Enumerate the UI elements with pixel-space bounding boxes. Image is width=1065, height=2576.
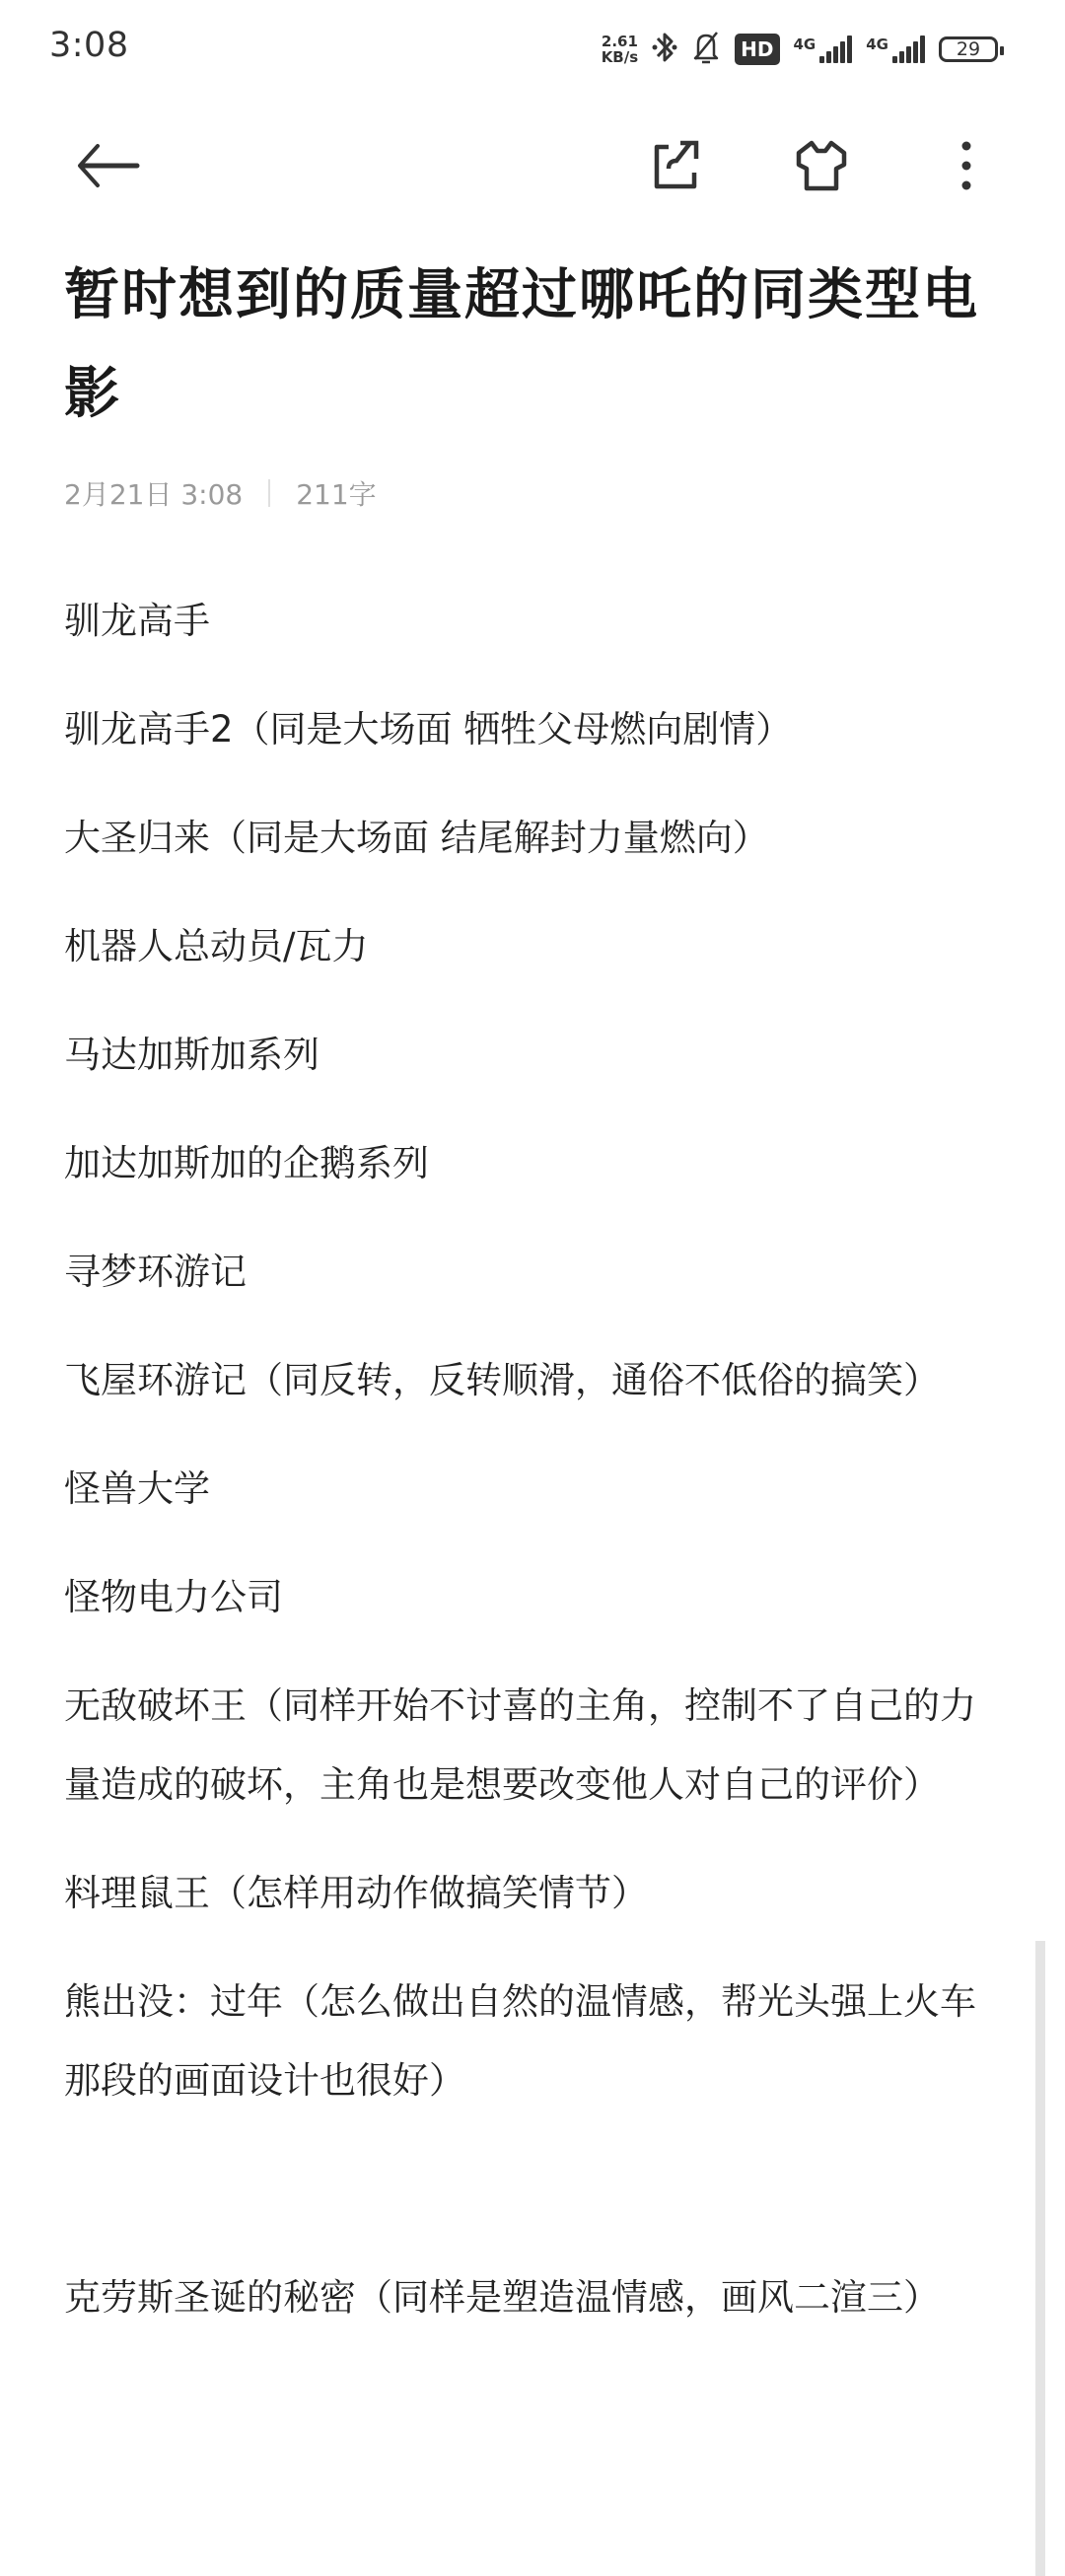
note-paragraph: 无敌破坏王（同样开始不讨喜的主角，控制不了自己的力量造成的破坏，主角也是想要改变…	[64, 1667, 1001, 1825]
note-word-count: 211字	[296, 473, 376, 513]
theme-button[interactable]	[787, 138, 856, 197]
note-paragraph: 加达加斯加的企鹅系列	[64, 1124, 1001, 1203]
shirt-skin-icon	[795, 139, 848, 196]
hd-volte-icon: HD	[735, 34, 779, 65]
note-paragraph: 驯龙高手	[64, 582, 1001, 661]
meta-divider	[268, 479, 270, 507]
more-vertical-icon	[960, 140, 972, 195]
note-paragraph: 驯龙高手2（同是大场面 牺牲父母燃向剧情）	[64, 690, 1001, 769]
network-speed-unit: KB/s	[602, 49, 638, 65]
battery-icon: 29	[939, 36, 998, 62]
note-paragraph: 料理鼠王（怎样用动作做搞笑情节）	[64, 1854, 1001, 1933]
share-button[interactable]	[643, 138, 712, 197]
note-paragraph: 克劳斯圣诞的秘密（同样是塑造温情感，画风二渲三）	[64, 2258, 1001, 2337]
bluetooth-icon	[652, 30, 677, 69]
back-button[interactable]	[74, 138, 143, 197]
note-paragraph: 机器人总动员/瓦力	[64, 907, 1001, 986]
battery-level: 29	[957, 38, 980, 60]
status-time: 3:08	[49, 26, 129, 65]
more-options-button[interactable]	[932, 138, 1001, 197]
note-title[interactable]: 暂时想到的质量超过哪吒的同类型电影	[64, 247, 1011, 444]
status-icons: 2.61 KB/s HD 4G 4G 29	[602, 28, 998, 71]
note-paragraph: 飞屋环游记（同反转，反转顺滑，通俗不低俗的搞笑）	[64, 1341, 1001, 1420]
note-paragraph: 怪兽大学	[64, 1450, 1001, 1529]
note-paragraph: 马达加斯加系列	[64, 1016, 1001, 1095]
network-speed: 2.61 KB/s	[602, 34, 638, 65]
note-paragraph: 怪物电力公司	[64, 1558, 1001, 1637]
arrow-left-icon	[76, 143, 141, 192]
status-bar: 3:08 2.61 KB/s HD 4G 4G 29	[0, 0, 1065, 99]
note-paragraph: 熊出没：过年（怎么做出自然的温情感，帮光头强上火车那段的画面设计也很好）	[64, 1963, 1001, 2120]
signal-4g-sim1-icon: 4G	[794, 36, 853, 63]
note-meta: 2月21日 3:08 211字	[64, 473, 377, 513]
scrollbar[interactable]	[1035, 1941, 1045, 2576]
note-body[interactable]: 驯龙高手 驯龙高手2（同是大场面 牺牲父母燃向剧情） 大圣归来（同是大场面 结尾…	[64, 582, 1001, 2367]
note-toolbar	[0, 118, 1065, 217]
signal-4g-sim2-icon: 4G	[866, 36, 925, 63]
empty-line	[64, 2150, 1001, 2258]
note-date: 2月21日 3:08	[64, 473, 243, 513]
note-paragraph: 大圣归来（同是大场面 结尾解封力量燃向）	[64, 799, 1001, 878]
network-speed-value: 2.61	[602, 34, 638, 49]
bell-muted-icon	[691, 30, 721, 69]
note-paragraph: 寻梦环游记	[64, 1233, 1001, 1312]
share-export-icon	[651, 139, 704, 196]
